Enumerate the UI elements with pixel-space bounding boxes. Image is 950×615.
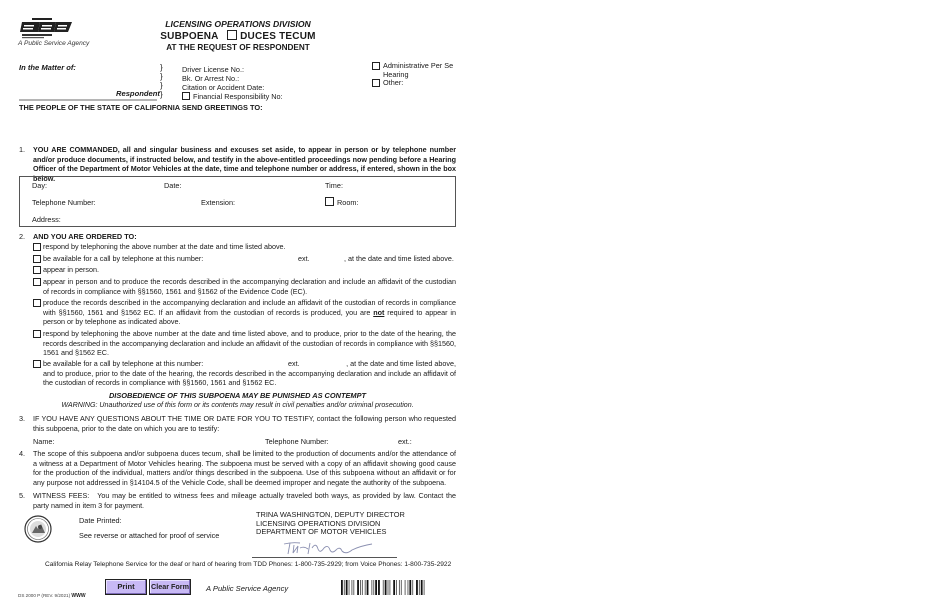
section-2-number: 2. (19, 232, 25, 241)
division-title: LICENSING OPERATIONS DIVISION (160, 19, 316, 29)
telephone-field[interactable]: Telephone Number: (32, 198, 96, 207)
date-field[interactable]: Date: (164, 181, 181, 190)
form-subtitle: AT THE REQUEST OF RESPONDENT (160, 43, 316, 52)
order-option: be available for a call by telephone at … (33, 254, 456, 264)
brace: } (160, 63, 163, 72)
other-label: Other: (383, 78, 403, 87)
room-checkbox[interactable] (325, 197, 334, 206)
day-field[interactable]: Day: (32, 181, 47, 190)
brace: } (160, 90, 163, 99)
signer-dept: DEPARTMENT OF MOTOR VEHICLES (256, 528, 405, 537)
section-3-number: 3. (19, 414, 25, 423)
print-button[interactable]: Print (105, 579, 147, 595)
proof-of-service-note: See reverse or attached for proof of ser… (79, 531, 219, 540)
signer-block: TRINA WASHINGTON, DEPUTY DIRECTOR LICENS… (256, 511, 405, 537)
section-3-text: IF YOU HAVE ANY QUESTIONS ABOUT THE TIME… (33, 414, 456, 433)
respondent-label: Respondent (116, 89, 160, 98)
order-option: respond by telephoning the above number … (33, 242, 456, 252)
order-option-checkbox[interactable] (33, 266, 41, 274)
time-field[interactable]: Time: (325, 181, 343, 190)
extension-field[interactable]: Extension: (201, 198, 235, 207)
admin-per-se-option: Administrative Per Se Hearing (372, 62, 462, 79)
financial-responsibility-checkbox[interactable] (182, 92, 190, 100)
order-option-checkbox[interactable] (33, 299, 41, 307)
order-option-checkbox[interactable] (33, 278, 41, 286)
order-option-text: be available for a call by telephone at … (33, 359, 456, 388)
contact-ext-field[interactable]: ext.: (398, 437, 412, 446)
signature-line (252, 557, 397, 558)
duces-tecum-checkbox[interactable] (227, 30, 237, 40)
order-option-checkbox[interactable] (33, 330, 41, 338)
form-title: SUBPOENA DUCES TECUM (160, 30, 316, 42)
order-option: respond by telephoning the above number … (33, 329, 456, 358)
other-checkbox[interactable] (372, 79, 380, 87)
order-option: appear in person and to produce the reco… (33, 277, 456, 296)
order-option-text: respond by telephoning the above number … (33, 242, 456, 252)
admin-per-se-checkbox[interactable] (372, 62, 380, 70)
financial-responsibility-label: Financial Responsibility No: (193, 92, 283, 101)
separator-line (19, 99, 157, 101)
section-4-text: The scope of this subpoena and/or subpoe… (33, 449, 456, 487)
section-4-number: 4. (19, 449, 25, 458)
contact-telephone-field[interactable]: Telephone Number: (265, 437, 329, 446)
brace: } (160, 72, 163, 81)
address-field[interactable]: Address: (32, 215, 61, 224)
duces-tecum-label: DUCES TECUM (240, 31, 316, 42)
section-5-number: 5. (19, 491, 25, 500)
footer-agency-tagline: A Public Service Agency (206, 584, 288, 593)
dmv-logo (18, 18, 74, 42)
other-option: Other: (372, 79, 462, 88)
contempt-notice: DISOBEDIENCE OF THIS SUBPOENA MAY BE PUN… (19, 391, 456, 400)
admin-per-se-label: Administrative Per Se Hearing (383, 61, 453, 79)
order-option-checkbox[interactable] (33, 243, 41, 251)
agency-tagline: A Public Service Agency (18, 40, 89, 47)
section-2-title: AND YOU ARE ORDERED TO: (33, 232, 137, 241)
order-option-tail: , at the date and time listed above. (344, 254, 454, 264)
greeting: THE PEOPLE OF THE STATE OF CALIFORNIA SE… (19, 103, 263, 112)
room-label: Room: (337, 198, 359, 207)
not-emphasis: not (373, 308, 384, 317)
warning-notice: WARNING: Unauthorized use of this form o… (19, 401, 456, 409)
ext-label: ext. (298, 254, 310, 264)
relay-service-info: California Relay Telephone Service for t… (45, 561, 451, 568)
clear-form-button[interactable]: Clear Form (149, 579, 191, 595)
order-option: appear in person. (33, 265, 456, 275)
room-field: Room: (325, 197, 359, 207)
order-option-text: appear in person and to produce the reco… (33, 277, 456, 296)
order-option: produce the records described in the acc… (33, 298, 456, 327)
signature-image (280, 540, 375, 557)
hearing-details-box: Day: Date: Time: Telephone Number: Exten… (19, 176, 456, 227)
order-option: be available for a call by telephone at … (33, 359, 456, 388)
state-seal-icon (24, 515, 52, 543)
citation-date-field[interactable]: Citation or Accident Date: (182, 83, 264, 92)
order-option-text: respond by telephoning the above number … (33, 329, 456, 358)
subpoena-label: SUBPOENA (160, 31, 218, 42)
order-option-checkbox[interactable] (33, 255, 41, 263)
order-option-tail: , at the date and time listed above, (334, 359, 456, 369)
ext-label: ext. (288, 359, 300, 369)
order-option-text: produce the records described in the acc… (33, 298, 456, 327)
brace: } (160, 81, 163, 90)
contact-name-field[interactable]: Name: (33, 437, 55, 446)
date-printed-field[interactable]: Date Printed: (79, 516, 122, 525)
hearing-type-group: Administrative Per Se Hearing Other: (372, 62, 462, 88)
section-1-number: 1. (19, 145, 25, 154)
section-5-text: WITNESS FEES: You may be entitled to wit… (33, 491, 456, 510)
barcode (341, 580, 456, 595)
financial-responsibility-field: Financial Responsibility No: (182, 92, 283, 101)
driver-license-field[interactable]: Driver License No.: (182, 65, 244, 74)
form-number: DS 2000 P (REV. 9/2021) WWW (18, 593, 86, 599)
in-the-matter-label: In the Matter of: (19, 63, 76, 72)
bk-arrest-field[interactable]: Bk. Or Arrest No.: (182, 74, 239, 83)
order-option-text: appear in person. (33, 265, 456, 275)
